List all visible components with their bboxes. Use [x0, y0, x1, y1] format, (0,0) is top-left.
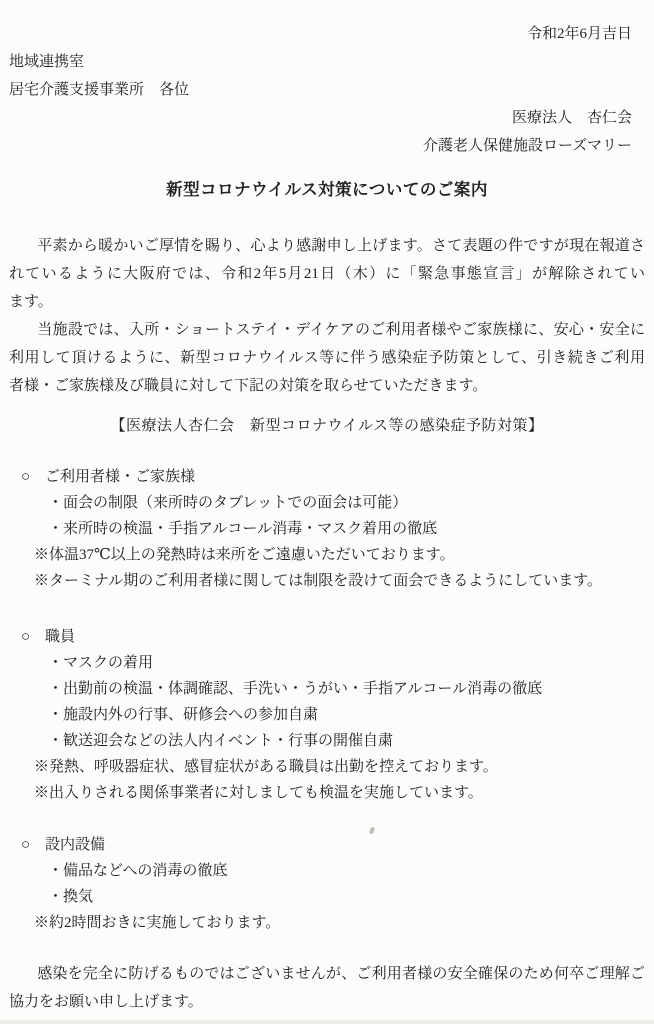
- bullet-item: ・面会の制限（来所時のタブレットでの面会は可能）: [9, 490, 645, 516]
- date-line: 令和2年6月吉日: [9, 20, 645, 48]
- note-item: ※体温37℃以上の発熱時は来所をご遠慮いただいております。: [9, 542, 645, 568]
- note-item: ※発熱、呼吸器症状、感冒症状がある職員は出勤を控えております。: [9, 754, 645, 780]
- recipient-offices: 居宅介護支援事業所 各位: [9, 76, 645, 104]
- document-title: 新型コロナウイルス対策についてのご案内: [9, 176, 645, 204]
- recipient-department: 地域連携室: [9, 48, 645, 76]
- paragraph-line: 感染を完全に防げるものではございませんが、ご利用者様の安全確保のため何卒ご理解ご: [9, 960, 645, 988]
- note-item: ※約2時間おきに実施しております。: [9, 910, 645, 936]
- paragraph-line: れているように大阪府では、令和2年5月21日（木）に「緊急事態宣言」が解除されて…: [9, 260, 645, 288]
- group-heading: ○ 設内設備: [9, 832, 645, 858]
- section-banner: 【医療法人杏仁会 新型コロナウイルス等の感染症予防対策】: [9, 412, 645, 440]
- paragraph-line: 当施設では、入所・ショートステイ・デイケアのご利用者様やご家族様に、安心・安全に: [9, 316, 645, 344]
- bullet-item: ・来所時の検温・手指アルコール消毒・マスク着用の徹底: [9, 516, 645, 542]
- group-heading: ○ ご利用者様・ご家族様: [9, 464, 645, 490]
- bullet-item: ・マスクの着用: [9, 650, 645, 676]
- measure-group-visitors: ○ ご利用者様・ご家族様 ・面会の制限（来所時のタブレットでの面会は可能） ・来…: [9, 464, 645, 594]
- bullet-item: ・換気: [9, 884, 645, 910]
- bullet-item: ・歓送迎会などの法人内イベント・行事の開催自粛: [9, 728, 645, 754]
- intro-paragraph-2: 当施設では、入所・ショートステイ・デイケアのご利用者様やご家族様に、安心・安全に…: [9, 316, 645, 400]
- group-heading: ○ 職員: [9, 624, 645, 650]
- paragraph-line: 者様・ご家族様及び職員に対して下記の対策を取らせていただきます。: [9, 372, 645, 400]
- bullet-item: ・施設内外の行事、研修会への参加自粛: [9, 702, 645, 728]
- note-item: ※ターミナル期のご利用者様に関しては制限を設けて面会できるようにしています。: [9, 568, 645, 594]
- note-item: ※出入りされる関係事業者に対しましても検温を実施しています。: [9, 780, 645, 806]
- measure-group-facility: ○ 設内設備 ・備品などへの消毒の徹底 ・換気 ※約2時間おきに実施しております…: [9, 832, 645, 936]
- sender-corporation: 医療法人 杏仁会: [9, 104, 645, 132]
- paragraph-line: 利用して頂けるように、新型コロナウイルス等に伴う感染症予防策として、引き続きご利…: [9, 344, 645, 372]
- bullet-item: ・備品などへの消毒の徹底: [9, 858, 645, 884]
- measure-group-staff: ○ 職員 ・マスクの着用 ・出勤前の検温・体調確認、手洗い・うがい・手指アルコー…: [9, 624, 645, 806]
- sender-facility: 介護老人保健施設ローズマリー: [9, 132, 645, 160]
- bullet-item: ・出勤前の検温・体調確認、手洗い・うがい・手指アルコール消毒の徹底: [9, 676, 645, 702]
- paragraph-line: 平素から暖かいご厚情を賜り、心より感謝申し上げます。さて表題の件ですが現在報道さ: [9, 232, 645, 260]
- scanned-letter-page: 令和2年6月吉日 地域連携室 居宅介護支援事業所 各位 医療法人 杏仁会 介護老…: [0, 0, 654, 1024]
- closing-paragraph: 感染を完全に防げるものではございませんが、ご利用者様の安全確保のため何卒ご理解ご…: [9, 960, 645, 1016]
- intro-paragraph-1: 平素から暖かいご厚情を賜り、心より感謝申し上げます。さて表題の件ですが現在報道さ…: [9, 232, 645, 316]
- scan-edge-shade: [0, 1020, 654, 1024]
- paragraph-line: ます。: [9, 288, 645, 316]
- paragraph-line: 協力をお願い申し上げます。: [9, 988, 645, 1016]
